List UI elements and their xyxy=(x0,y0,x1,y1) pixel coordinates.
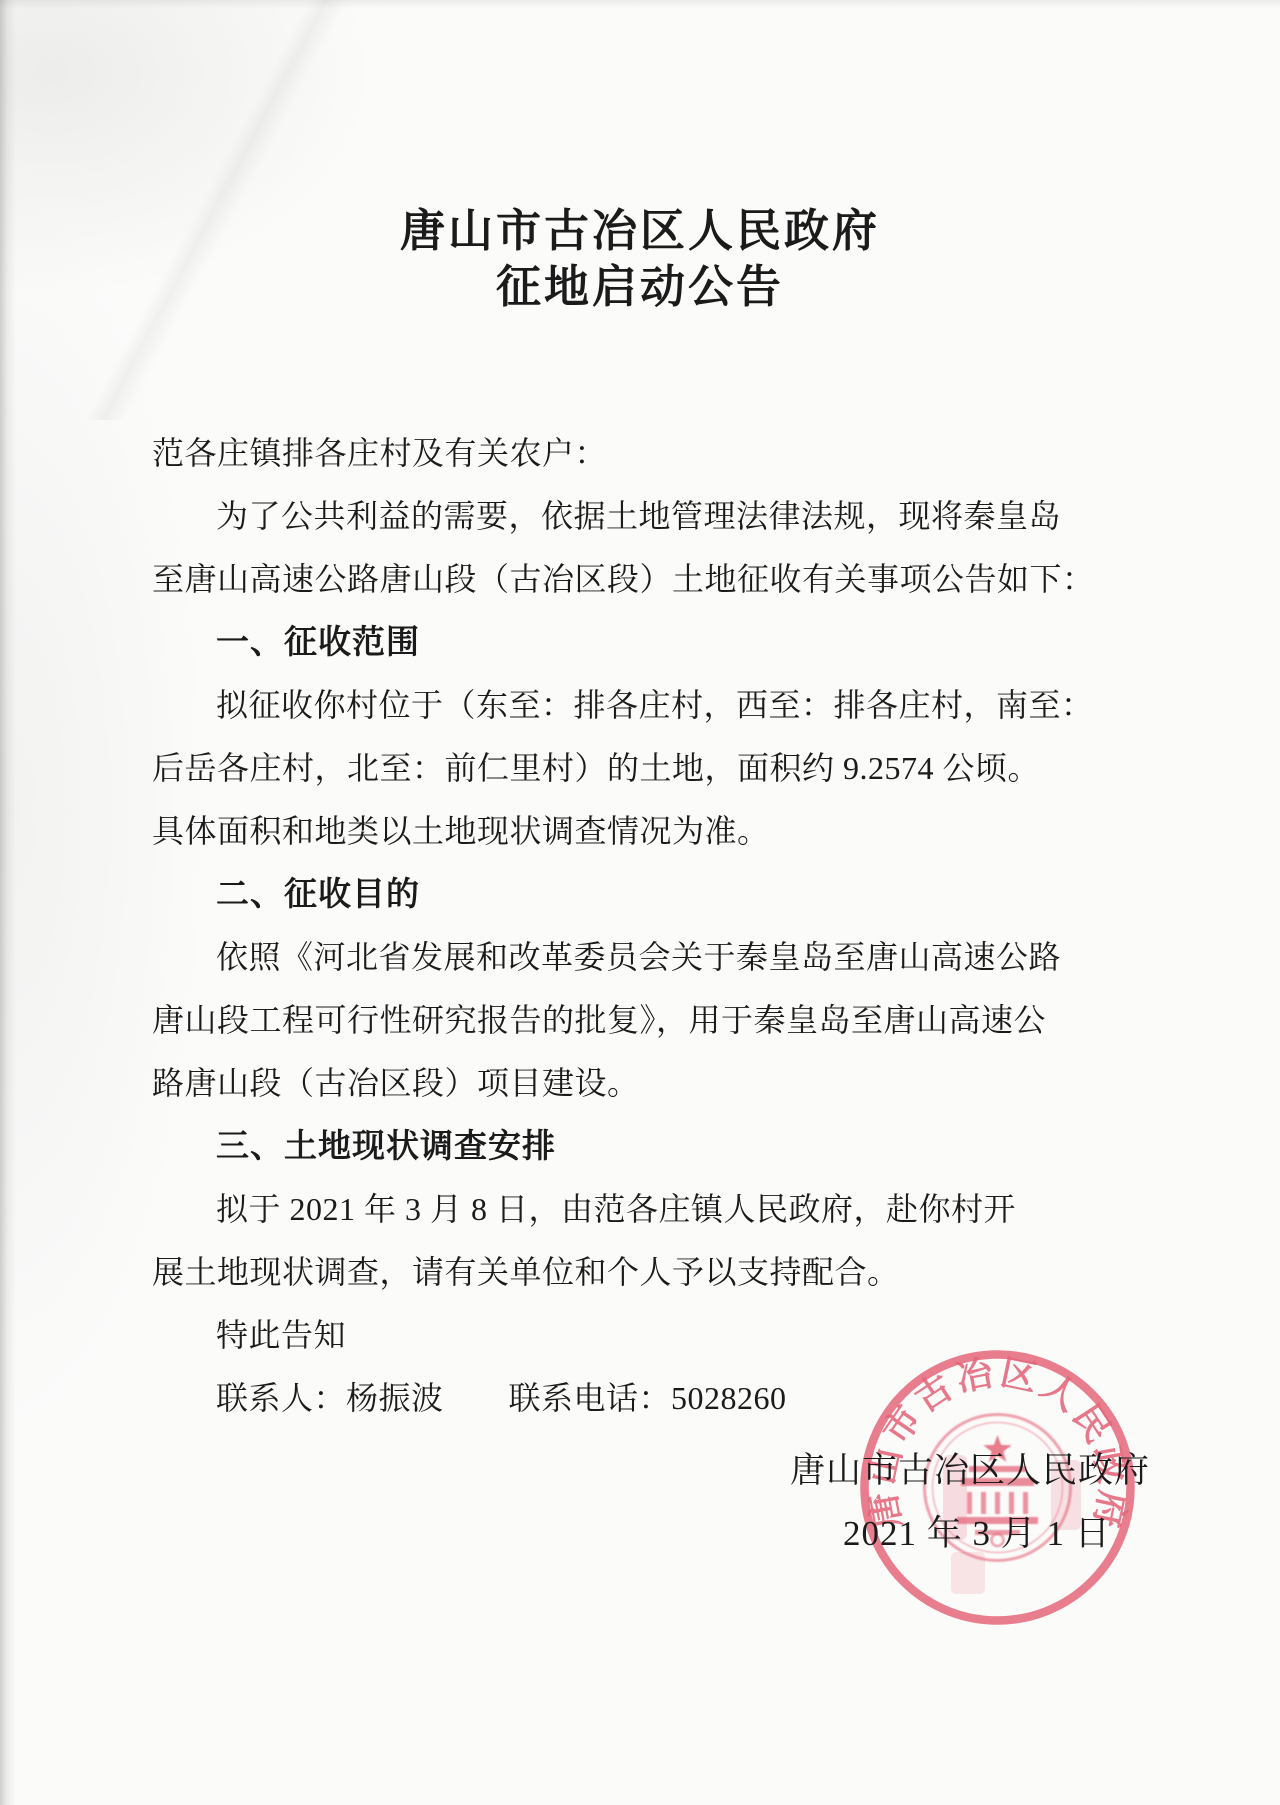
doc-line-salutation: 范各庄镇排各庄村及有关农户： xyxy=(152,433,607,473)
doc-line: 具体面积和地类以土地现状调查情况为准。 xyxy=(152,811,770,851)
doc-line: 为了公共利益的需要，依据土地管理法律法规，现将秦皇岛 xyxy=(152,496,1061,536)
signature-issuer: 唐山市古冶区人民政府 xyxy=(790,1443,1150,1493)
doc-line: 后岳各庄村，北至：前仁里村）的土地，面积约 9.2574 公顷。 xyxy=(152,748,1040,788)
doc-heading-2: 二、征收目的 xyxy=(152,874,420,914)
doc-heading-1: 一、征收范围 xyxy=(152,622,420,662)
doc-line: 拟于 2021 年 3 月 8 日，由范各庄镇人民政府，赴你村开 xyxy=(152,1189,1016,1229)
doc-line: 展土地现状调查，请有关单位和个人予以支持配合。 xyxy=(152,1252,900,1292)
doc-line: 依照《河北省发展和改革委员会关于秦皇岛至唐山高速公路 xyxy=(152,937,1061,977)
doc-line-notice: 特此告知 xyxy=(152,1315,346,1355)
doc-line: 唐山段工程可行性研究报告的批复》，用于秦皇岛至唐山高速公 xyxy=(152,1000,1046,1040)
document-page: 唐山市古冶区人民政府 征地启动公告 范各庄镇排各庄村及有关农户： 为了公共利益的… xyxy=(0,0,1280,1805)
signature-date: 2021 年 3 月 1 日 xyxy=(843,1506,1111,1556)
doc-line-contact: 联系人：杨振波 联系电话：5028260 xyxy=(152,1378,787,1418)
document-title-line2: 征地启动公告 xyxy=(0,250,1280,315)
doc-line: 拟征收你村位于（东至：排各庄村，西至：排各庄村，南至： xyxy=(152,685,1094,725)
doc-heading-3: 三、土地现状调查安排 xyxy=(152,1126,556,1166)
doc-line: 至唐山高速公路唐山段（古冶区段）土地征收有关事项公告如下： xyxy=(152,559,1095,599)
doc-line: 路唐山段（古冶区段）项目建设。 xyxy=(152,1063,640,1103)
